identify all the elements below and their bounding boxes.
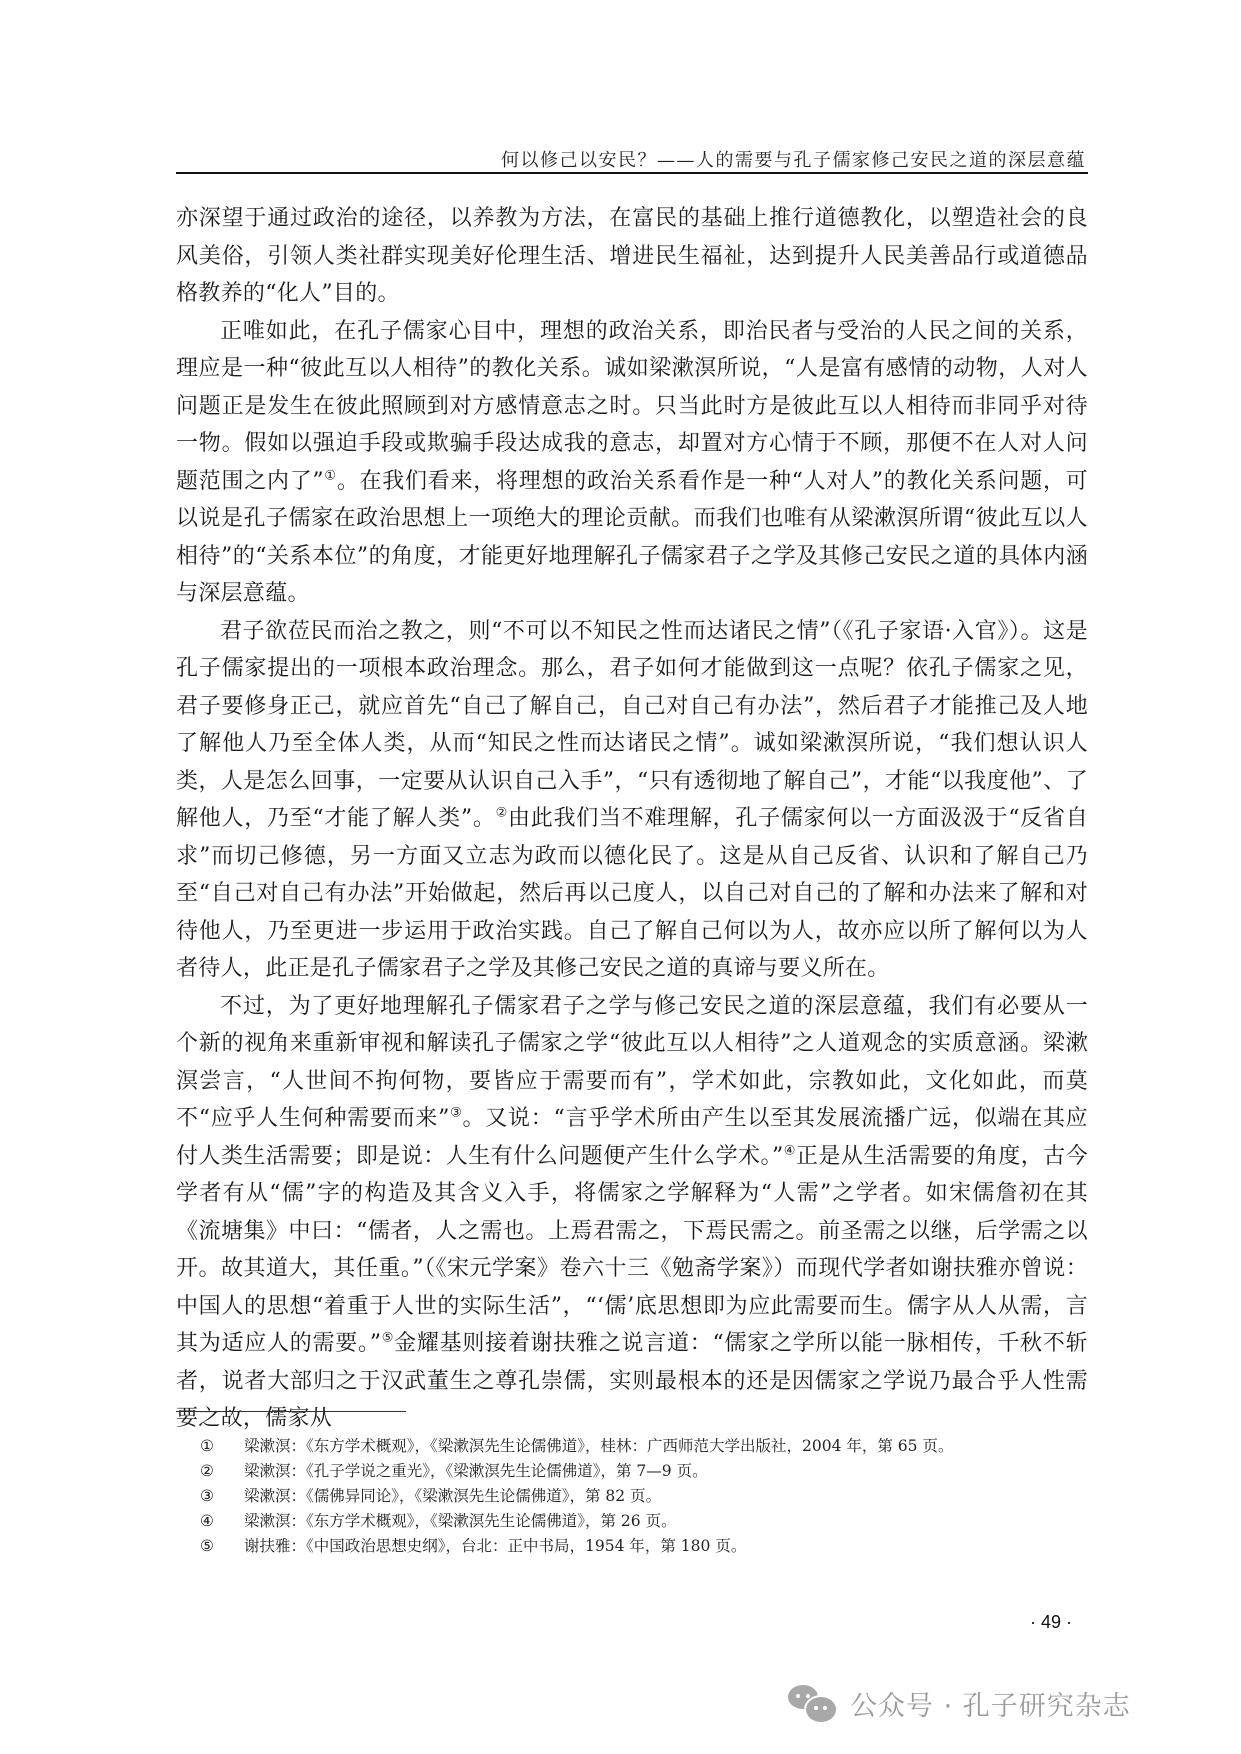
watermark: 公众号 · 孔子研究杂志	[786, 1683, 1131, 1723]
footnote-ref-3[interactable]: ③	[450, 1106, 463, 1121]
paragraph-text: 正唯如此，在孔子儒家心目中，理想的政治关系，即治民者与受治的人民之间的关系，理应…	[176, 319, 1088, 494]
paragraph: 亦深望于通过政治的途径，以养教为方法，在富民的基础上推行道德教化，以塑造社会的良…	[176, 200, 1088, 313]
footnote-item: ④ 梁漱溟：《东方学术概观》，《梁漱溟先生论儒佛道》，第 26 页。	[200, 1509, 1080, 1534]
footnote-item: ① 梁漱溟：《东方学术概观》，《梁漱溟先生论儒佛道》，桂林：广西师范大学出版社，…	[200, 1434, 1080, 1459]
footnote-item: ② 梁漱溟：《孔子学说之重光》，《梁漱溟先生论儒佛道》，第 7—9 页。	[200, 1459, 1080, 1484]
footnote-ref-4[interactable]: ④	[784, 1143, 796, 1158]
header-divider	[176, 172, 1088, 174]
footnote-text: 梁漱溟：《东方学术概观》，《梁漱溟先生论儒佛道》，桂林：广西师范大学出版社，20…	[244, 1434, 953, 1459]
footnote-number: ⑤	[200, 1534, 244, 1559]
footnote-number: ②	[200, 1459, 244, 1484]
wechat-icon	[786, 1683, 836, 1723]
footnote-ref-1[interactable]: ①	[324, 468, 337, 483]
paragraph-text: 君子欲莅民而治之教之，则“不可以不知民之性而达诸民之情”（《孔子家语·入官》）。…	[176, 619, 1088, 832]
footnote-divider	[176, 1411, 406, 1412]
paragraph: 正唯如此，在孔子儒家心目中，理想的政治关系，即治民者与受治的人民之间的关系，理应…	[176, 313, 1088, 613]
footnote-ref-2[interactable]: ②	[496, 806, 508, 821]
paragraph: 君子欲莅民而治之教之，则“不可以不知民之性而达诸民之情”（《孔子家语·入官》）。…	[176, 613, 1088, 988]
paragraph-text: 亦深望于通过政治的途径，以养教为方法，在富民的基础上推行道德教化，以塑造社会的良…	[176, 206, 1088, 306]
paragraph-text: 由此我们当不难理解，孔子儒家何以一方面汲汲于“反省自求”而切己修德，另一方面又立…	[176, 806, 1088, 981]
paragraph-text: 正是从生活需要的角度，古今学者有从“儒”字的构造及其含义入手，将儒家之学解释为“…	[176, 1144, 1088, 1357]
running-header: 何以修己以安民？——人的需要与孔子儒家修己安民之道的深层意蕴	[176, 146, 1086, 172]
paragraph: 不过，为了更好地理解孔子儒家君子之学与修己安民之道的深层意蕴，我们有必要从一个新…	[176, 988, 1088, 1438]
article-body: 亦深望于通过政治的途径，以养教为方法，在富民的基础上推行道德教化，以塑造社会的良…	[176, 200, 1088, 1438]
footnote-item: ⑤ 谢扶雅：《中国政治思想史纲》，台北：正中书局，1954 年，第 180 页。	[200, 1534, 1080, 1559]
footnotes: ① 梁漱溟：《东方学术概观》，《梁漱溟先生论儒佛道》，桂林：广西师范大学出版社，…	[200, 1434, 1080, 1559]
footnote-text: 梁漱溟：《儒佛异同论》，《梁漱溟先生论儒佛道》，第 82 页。	[244, 1484, 661, 1509]
watermark-text: 公众号 · 孔子研究杂志	[850, 1684, 1131, 1723]
footnote-number: ①	[200, 1434, 244, 1459]
footnote-text: 梁漱溟：《东方学术概观》，《梁漱溟先生论儒佛道》，第 26 页。	[244, 1509, 677, 1534]
page-number: · 49 ·	[1030, 1612, 1072, 1633]
footnote-ref-5[interactable]: ⑤	[381, 1331, 394, 1346]
footnote-text: 谢扶雅：《中国政治思想史纲》，台北：正中书局，1954 年，第 180 页。	[244, 1534, 746, 1559]
footnote-item: ③ 梁漱溟：《儒佛异同论》，《梁漱溟先生论儒佛道》，第 82 页。	[200, 1484, 1080, 1509]
footnote-number: ④	[200, 1509, 244, 1534]
footnote-number: ③	[200, 1484, 244, 1509]
footnote-text: 梁漱溟：《孔子学说之重光》，《梁漱溟先生论儒佛道》，第 7—9 页。	[244, 1459, 708, 1484]
